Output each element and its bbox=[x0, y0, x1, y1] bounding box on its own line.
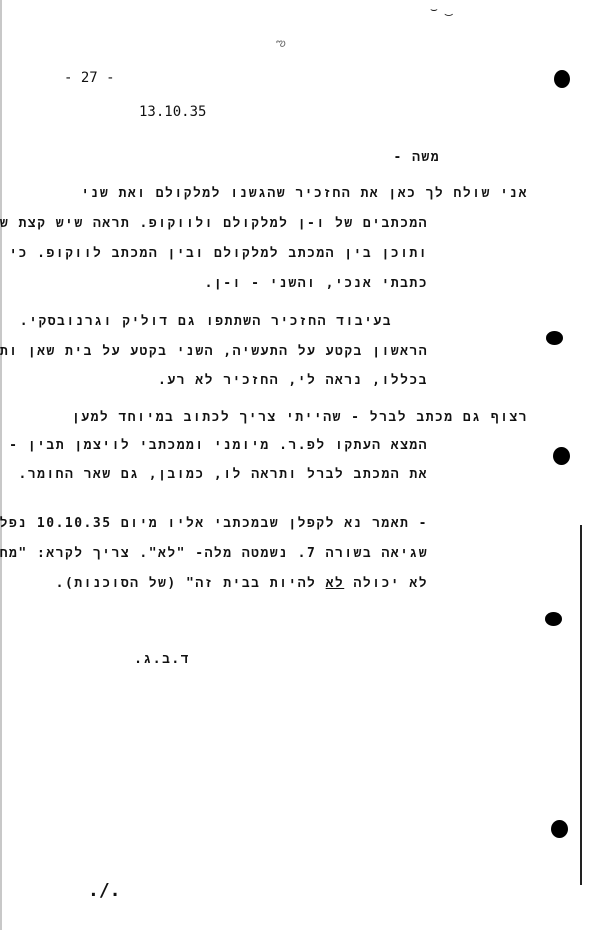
text-line: - תאמר נא לקפלן שבמכתבי אליו מיום 10.10.… bbox=[0, 516, 428, 531]
signature-initials: ד.ב.ג. bbox=[134, 652, 190, 667]
page-number: - 27 - bbox=[64, 70, 115, 86]
scan-edge bbox=[0, 0, 2, 930]
text-line: את המכתב לברל ותראה לו, כמובן, גם שאר הח… bbox=[18, 467, 428, 482]
text-line-with-underline: לא יכולה לא להיות בבית זה" (של הסוכנות). bbox=[56, 576, 428, 591]
binder-hole bbox=[546, 331, 563, 345]
top-handwritten-mark: ⌣ ‿ bbox=[430, 2, 452, 17]
text-line: המצא העתקו לפ.ר. מיומני וממכתבי לויצמן ת… bbox=[0, 438, 428, 453]
binder-hole bbox=[553, 447, 570, 465]
text-line: אני שולח לך כאן את החזכיר שהגשנו למלקולם… bbox=[81, 186, 528, 201]
salutation: משה - bbox=[393, 150, 440, 165]
text-line: שגיאה בשורה 7. נשמטה מלה- "לא". צריך לקר… bbox=[0, 546, 428, 561]
text-line: ותוכן בין המכתב למלקולם ובין המכתב לווקו… bbox=[0, 246, 428, 261]
footer-mark: ./. bbox=[88, 880, 121, 901]
margin-line bbox=[580, 525, 582, 885]
binder-hole bbox=[551, 820, 568, 838]
text-line: הראשון בקטע על התעשיה, השני בקטע על בית … bbox=[0, 344, 428, 359]
text-line: המכתבים של ו-ן למלקולם ולווקופ. תראה שיש… bbox=[0, 216, 428, 231]
binder-hole bbox=[545, 612, 562, 626]
letter-date: 13.10.35 bbox=[139, 104, 206, 120]
text-line: כתבתי אנכי, והשני - ו-ן. bbox=[205, 276, 428, 291]
binder-hole bbox=[554, 70, 570, 88]
underlined-word: לא bbox=[326, 576, 345, 591]
text-line: בכללו, נראה לי, החזכיר לא רע. bbox=[158, 373, 428, 388]
stamp-mark: ఌ bbox=[276, 36, 286, 52]
text-line: רצוף גם מכתב לברל - שהייתי צריך לכתוב במ… bbox=[72, 410, 528, 425]
text-line: בעיבוד החזכיר השתתפו גם דוליק וגרנובסקי. bbox=[20, 314, 392, 329]
